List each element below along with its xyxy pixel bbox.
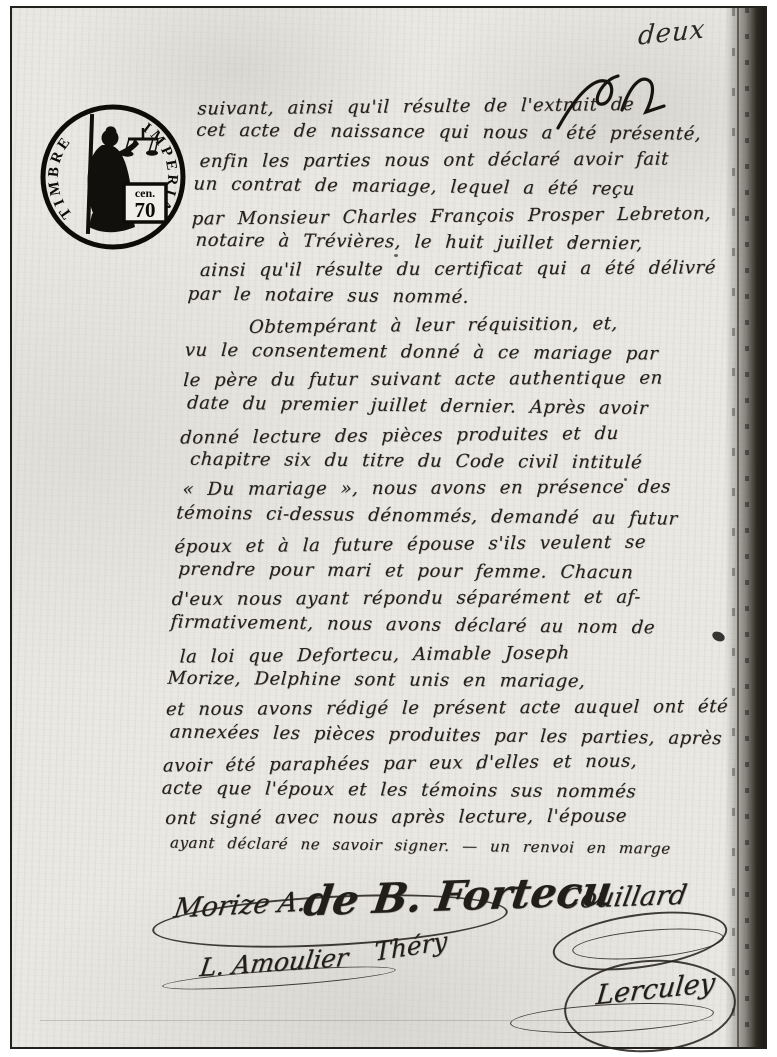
stamp-value: 70 xyxy=(135,198,156,222)
ink-speck xyxy=(572,240,575,243)
manuscript-line: « Du mariage », nous avons en présence d… xyxy=(182,473,760,503)
manuscript-line: Morize, Delphine sont unis en mariage, xyxy=(167,665,750,697)
ink-speck xyxy=(624,478,627,481)
manuscript-line: ont signé avec nous après lecture, l'épo… xyxy=(165,802,743,832)
manuscript-line: ainsi qu'il résulte du certificat qui a … xyxy=(199,254,771,284)
folio-number: deux xyxy=(637,14,706,51)
manuscript-line: cet acte de naissance qui nous a été pré… xyxy=(195,117,777,149)
ink-speck xyxy=(476,766,479,770)
stamp-value-plaque: cen. 70 xyxy=(124,184,166,222)
timbre-imperial-stamp-icon: TIMBRE IMPERIAL. xyxy=(36,94,190,260)
scanned-register-page: deux TIMBRE IMPERIAL. xyxy=(10,6,767,1049)
manuscript-line: ayant déclaré ne savoir signer. — un ren… xyxy=(169,828,741,862)
page-impression xyxy=(40,1020,712,1037)
manuscript-line: vu le consentement donné à ce mariage pa… xyxy=(184,336,767,368)
scales-icon xyxy=(122,128,158,156)
manuscript-text: suivant, ainsi qu'il résulte de l'extrai… xyxy=(158,92,777,868)
signature-couillard: Couillard xyxy=(557,880,689,916)
ink-speck xyxy=(394,254,398,257)
manuscript-line: et nous avons rédigé le présent acte auq… xyxy=(165,693,748,723)
revenue-stamp: TIMBRE IMPERIAL. xyxy=(36,94,190,260)
